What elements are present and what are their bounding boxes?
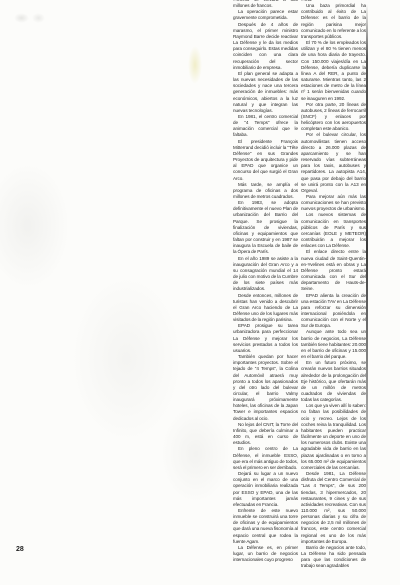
article-paragraph: El presidente François Mitterrand decidi… bbox=[233, 139, 298, 182]
article-paragraph: Dejará su lugar a un nuevo conjunto en e… bbox=[233, 471, 298, 508]
article-paragraph: En 1981, el centro comercial de "4 Temps… bbox=[233, 114, 298, 139]
scanned-document-page: ...mento se elevará a 680 millones de fr… bbox=[0, 0, 400, 585]
scan-fold-line bbox=[366, 4, 368, 552]
article-paragraph: ...mento se elevará a 680 millones de fr… bbox=[233, 0, 298, 9]
article-paragraph: El plan general se adapta a las nuevas n… bbox=[233, 71, 298, 114]
article-paragraph: También quedan por hacer importantes pro… bbox=[233, 354, 298, 422]
article-paragraph: Una baza primordial ha contribuido al éx… bbox=[301, 3, 366, 40]
article-paragraph: Por el bulevar circular, los automovilis… bbox=[301, 132, 366, 194]
text-column-left: ...mento se elevará a 680 millones de fr… bbox=[233, 0, 298, 585]
article-paragraph: La Défense es, en primer lugar, un barri… bbox=[233, 545, 298, 563]
article-paragraph: No lejos del CNIT, la Torre del Infinito… bbox=[233, 422, 298, 447]
article-paragraph: EPAD alienta la creación de una estación… bbox=[301, 293, 366, 330]
article-paragraph: EPAD prosigue su tarea urbanizadora para… bbox=[233, 323, 298, 354]
article-paragraph: En 1983, se adopta definitivamente el nu… bbox=[233, 200, 298, 255]
text-column-right: ...ma. Una baza primordial ha contribuid… bbox=[301, 0, 366, 585]
article-paragraph: Desde 1981, La Défense disfruta del Cent… bbox=[301, 471, 366, 545]
article-paragraph: Por otra parte, 20 líneas de autobuses, … bbox=[301, 102, 366, 133]
article-paragraph: La operación parece estar gravemente com… bbox=[233, 9, 298, 21]
article-paragraph: Los nuevos sistemas de comunicación en t… bbox=[301, 212, 366, 249]
article-paragraph: Barrio de negocios ante todo, La Défense… bbox=[301, 545, 366, 570]
scan-smudge bbox=[32, 13, 45, 23]
article-paragraph: En un futuro próximo, se crearán nuevos … bbox=[301, 360, 366, 403]
scan-smudge bbox=[14, 13, 29, 23]
article-paragraph: Desde entonces, millones de turistas han… bbox=[233, 293, 298, 324]
article-paragraph: En pleno centro de La Défense, el inmueb… bbox=[233, 446, 298, 471]
scan-stain bbox=[188, 46, 202, 84]
page-number: 28 bbox=[16, 546, 24, 553]
article-paragraph: El 70 % de los empleados los utilizan y … bbox=[301, 40, 366, 102]
article-paragraph: Aunque ante todo sea un barrio de negoci… bbox=[301, 329, 366, 360]
paper-noise bbox=[0, 150, 230, 530]
article-paragraph: Los que ya viven allí lo saben: no falta… bbox=[301, 403, 366, 471]
article-paragraph: El enlace directo entre la nueva ciudad … bbox=[301, 249, 366, 292]
article-paragraph: En el año 1989 se asiste a la inauguraci… bbox=[233, 256, 298, 293]
article-paragraph: Después de 4 años de marasmo, el primer … bbox=[233, 22, 298, 71]
article-paragraph: Más tarde, se amplía el programa de ofic… bbox=[233, 182, 298, 200]
article-paragraph: Enfrente de este nuevo inmueble se const… bbox=[233, 508, 298, 545]
article-paragraph: Para mejorar aún más las comunicaciones … bbox=[301, 194, 366, 212]
